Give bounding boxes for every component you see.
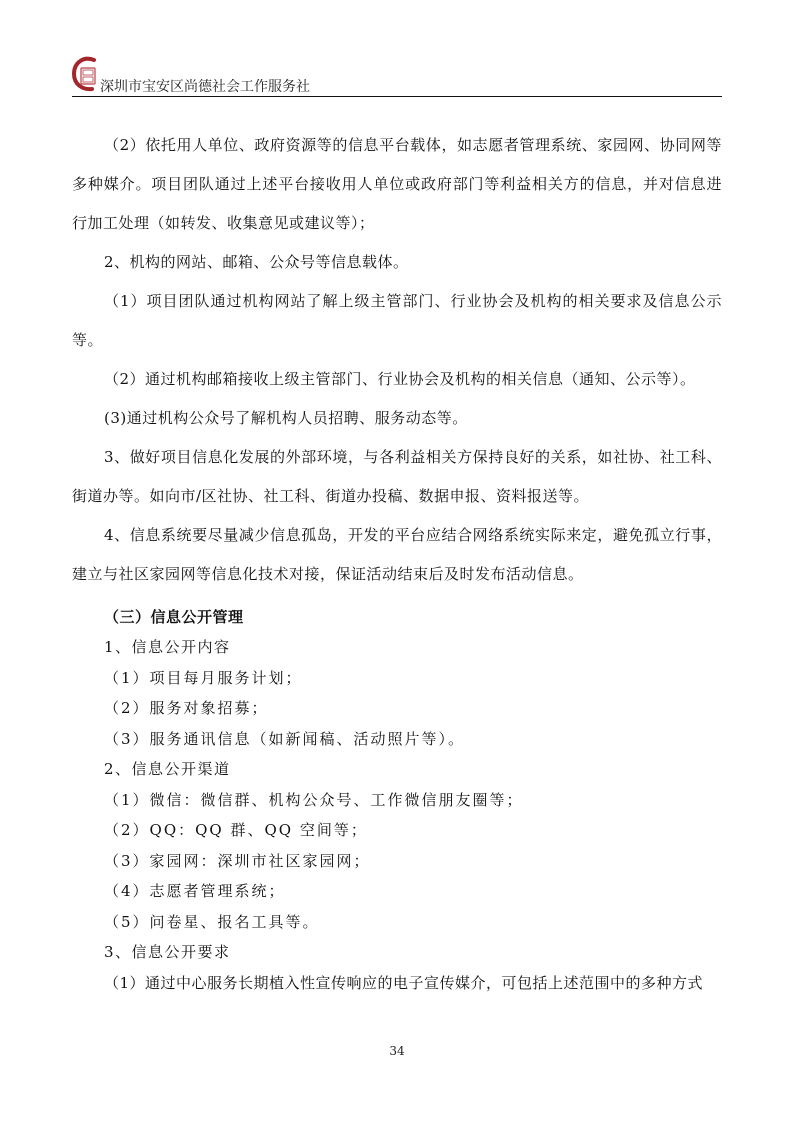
list-item: （1）项目每月服务计划； bbox=[72, 663, 722, 694]
list-item: （4）志愿者管理系统； bbox=[72, 876, 722, 907]
list-item: （1）通过中心服务长期植入性宣传响应的电子宣传媒介，可包括上述范围中的多种方式 bbox=[72, 968, 722, 998]
page-number: 34 bbox=[0, 1044, 794, 1058]
list-item: （2）服务对象招募； bbox=[72, 693, 722, 724]
subsection-heading: 2、信息公开渠道 bbox=[72, 754, 722, 785]
page-header: 深圳市宝安区尚德社会工作服务社 bbox=[72, 56, 722, 96]
header-divider bbox=[72, 96, 722, 97]
list-item: （1）微信：微信群、机构公众号、工作微信朋友圈等； bbox=[72, 785, 722, 816]
paragraph: 3、做好项目信息化发展的外部环境，与各利益相关方保持良好的关系，如社协、社工科、… bbox=[72, 438, 722, 516]
org-seal-logo-icon bbox=[72, 56, 102, 92]
section-heading: （三）信息公开管理 bbox=[72, 602, 722, 632]
list-item: （5）问卷星、报名工具等。 bbox=[72, 907, 722, 938]
list-item: （2）QQ：QQ 群、QQ 空间等； bbox=[72, 815, 722, 846]
paragraph: （1）项目团队通过机构网站了解上级主管部门、行业协会及机构的相关要求及信息公示等… bbox=[72, 282, 722, 360]
subsection-heading: 1、信息公开内容 bbox=[72, 632, 722, 663]
paragraph: （2）通过机构邮箱接收上级主管部门、行业协会及机构的相关信息（通知、公示等）。 bbox=[72, 360, 722, 399]
list-item: （3）家园网：深圳市社区家园网； bbox=[72, 846, 722, 877]
paragraph: 4、信息系统要尽量减少信息孤岛，开发的平台应结合网络系统实际来定，避免孤立行事，… bbox=[72, 516, 722, 594]
list-item: （3）服务通讯信息（如新闻稿、活动照片等）。 bbox=[72, 724, 722, 755]
document-body: （2）依托用人单位、政府资源等的信息平台载体，如志愿者管理系统、家园网、协同网等… bbox=[72, 126, 722, 998]
paragraph: （2）依托用人单位、政府资源等的信息平台载体，如志愿者管理系统、家园网、协同网等… bbox=[72, 126, 722, 243]
paragraph: (3)通过机构公众号了解机构人员招聘、服务动态等。 bbox=[72, 399, 722, 438]
org-name: 深圳市宝安区尚德社会工作服务社 bbox=[100, 76, 310, 96]
subsection-heading: 3、信息公开要求 bbox=[72, 937, 722, 968]
paragraph: 2、机构的网站、邮箱、公众号等信息载体。 bbox=[72, 243, 722, 282]
